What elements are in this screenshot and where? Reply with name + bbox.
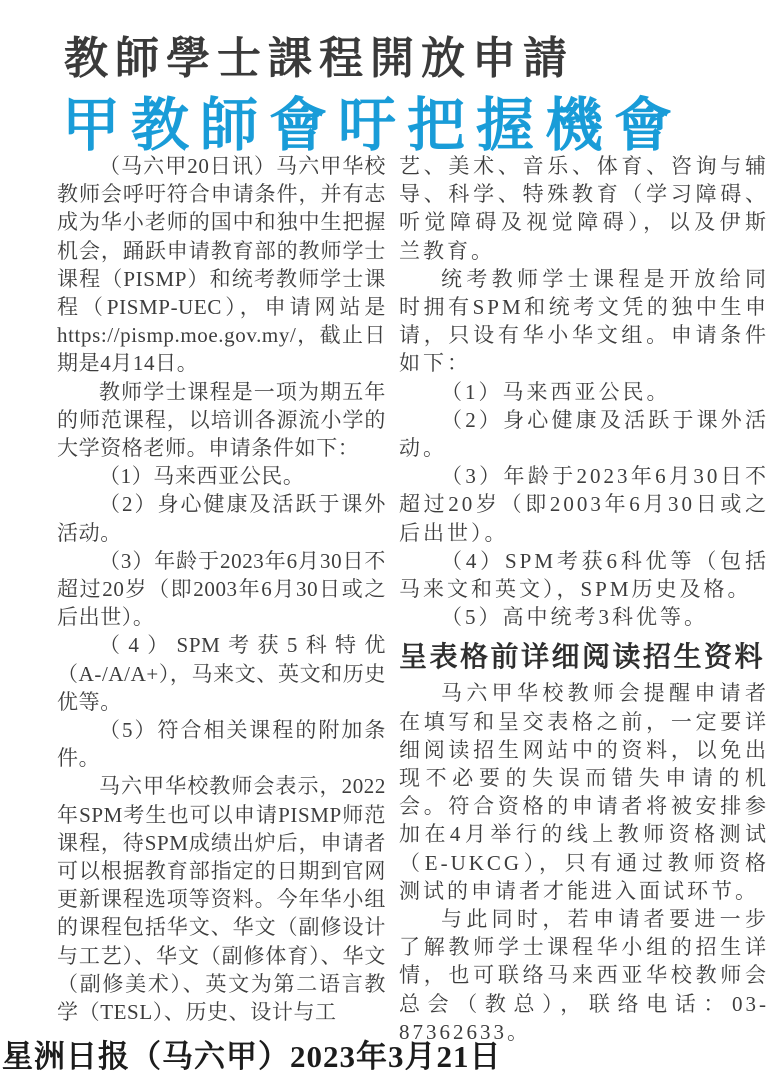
newspaper-clipping: 教師學士課程開放申請 甲教師會吁把握機會 （马六甲20日讯）马六甲华校教师会呼吁… xyxy=(0,0,781,1079)
paragraph: 马六甲华校教师会表示，2022年SPM考生也可以申请PISMP师范课程，待SPM… xyxy=(57,772,386,1026)
right-column-bottom-paragraphs: 马六甲华校教师会提醒申请者在填写和呈交表格之前，一定要详细阅读招生网站中的资料，… xyxy=(399,679,769,1046)
paragraph: 艺、美术、音乐、体育、咨询与辅导、科学、特殊教育（学习障碍、听觉障碍及视觉障碍）… xyxy=(399,152,769,265)
main-headline: 甲教師會吁把握機會 xyxy=(62,78,683,162)
paragraph: （1）马来西亚公民。 xyxy=(399,378,769,406)
left-column: （马六甲20日讯）马六甲华校教师会呼吁符合申请条件，并有志成为华小老师的国中和独… xyxy=(57,152,386,1026)
paragraph: （3）年龄于2023年6月30日不超过20岁（即2003年6月30日或之后出世）… xyxy=(57,547,386,632)
paragraph: 统考教师学士课程是开放给同时拥有SPM和统考文凭的独中生申请，只设有华小华文组。… xyxy=(399,265,769,378)
kicker-headline: 教師學士課程開放申請 xyxy=(64,22,574,86)
paragraph: （3）年龄于2023年6月30日不超过20岁（即2003年6月30日或之后出世）… xyxy=(399,462,769,547)
paragraph: （2）身心健康及活跃于课外活动。 xyxy=(399,406,769,462)
paragraph: 与此同时，若申请者要进一步了解教师学士课程华小组的招生详情，也可联络马来西亚华校… xyxy=(399,905,769,1046)
paragraph: （1）马来西亚公民。 xyxy=(57,462,386,490)
paragraph: （5）符合相关课程的附加条件。 xyxy=(57,716,386,772)
paragraph: 教师学士课程是一项为期五年的师范课程，以培训各源流小学的大学资格老师。申请条件如… xyxy=(57,378,386,463)
paragraph: （2）身心健康及活跃于课外活动。 xyxy=(57,490,386,546)
section-subhead: 呈表格前详细阅读招生资料 xyxy=(399,640,769,674)
right-column-top-paragraphs: 艺、美术、音乐、体育、咨询与辅导、科学、特殊教育（学习障碍、听觉障碍及视觉障碍）… xyxy=(399,152,769,631)
right-column: 艺、美术、音乐、体育、咨询与辅导、科学、特殊教育（学习障碍、听觉障碍及视觉障碍）… xyxy=(399,152,769,1046)
paragraph: 马六甲华校教师会提醒申请者在填写和呈交表格之前，一定要详细阅读招生网站中的资料，… xyxy=(399,679,769,905)
paragraph: （4）SPM考获5科特优（A-/A/A+），马来文、英文和历史优等。 xyxy=(57,631,386,716)
left-column-paragraphs: （马六甲20日讯）马六甲华校教师会呼吁符合申请条件，并有志成为华小老师的国中和独… xyxy=(57,152,386,1026)
paragraph: （4）SPM考获6科优等（包括马来文和英文），SPM历史及格。 xyxy=(399,547,769,603)
paragraph: （马六甲20日讯）马六甲华校教师会呼吁符合申请条件，并有志成为华小老师的国中和独… xyxy=(57,152,386,378)
source-credit: 星洲日报（马六甲）2023年3月21日 xyxy=(2,1031,502,1076)
paragraph: （5）高中统考3科优等。 xyxy=(399,603,769,631)
